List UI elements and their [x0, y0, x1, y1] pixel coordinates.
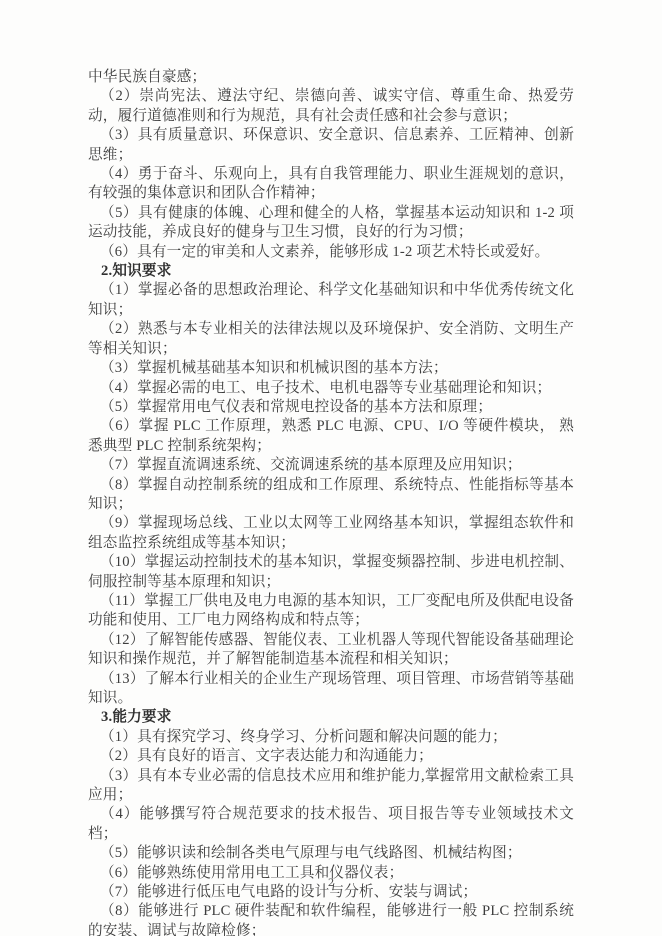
list-item: （4）勇于奋斗、乐观向上，具有自我管理能力、职业生涯规划的意识，有较强的集体意识…: [88, 165, 574, 204]
list-item: （11）掌握工厂供电及电力电源的基本知识，工厂变配电所及供配电设备功能和使用、工…: [88, 592, 574, 631]
page-body-text: 中华民族自豪感； （2）崇尚宪法、遵法守纪、崇德向善、诚实守信、尊重生命、热爱劳…: [88, 68, 574, 936]
list-item: （10）掌握运动控制技术的基本知识，掌握变频器控制、步进电机控制、伺服控制等基本…: [88, 553, 574, 592]
section-heading-knowledge: 2.知识要求: [88, 262, 574, 281]
list-item: （9）掌握现场总线、工业以太网等工业网络基本知识，掌握组态软件和组态监控系统组成…: [88, 514, 574, 553]
list-item: （3）掌握机械基础基本知识和机械识图的基本方法；: [88, 359, 574, 378]
list-item: （6）掌握 PLC 工作原理，熟悉 PLC 电源、CPU、I/O 等硬件模块， …: [88, 417, 574, 456]
list-item: （4）能够撰写符合规范要求的技术报告、项目报告等专业领域技术文档；: [88, 805, 574, 844]
list-item: （5）具有健康的体魄、心理和健全的人格，掌握基本运动知识和 1-2 项运动技能，…: [88, 204, 574, 243]
list-item: （8）能够进行 PLC 硬件装配和软件编程，能够进行一般 PLC 控制系统的安装…: [88, 902, 574, 936]
list-item: （2）具有良好的语言、文字表达能力和沟通能力；: [88, 747, 574, 766]
list-item: （7）掌握直流调速系统、交流调速系统的基本原理及应用知识；: [88, 456, 574, 475]
list-item: （12）了解智能传感器、智能仪表、工业机器人等现代智能设备基础理论知识和操作规范…: [88, 631, 574, 670]
document-page: 中华民族自豪感； （2）崇尚宪法、遵法守纪、崇德向善、诚实守信、尊重生命、热爱劳…: [0, 0, 662, 936]
list-item: （13）了解本行业相关的企业生产现场管理、项目管理、市场营销等基础知识。: [88, 670, 574, 709]
list-item: （6）具有一定的审美和人文素养，能够形成 1-2 项艺术特长或爱好。: [88, 243, 574, 262]
list-item: （2）熟悉与本专业相关的法律法规以及环境保护、安全消防、文明生产等相关知识；: [88, 320, 574, 359]
list-item: （1）具有探究学习、终身学习、分析问题和解决问题的能力；: [88, 728, 574, 747]
page-number: 2: [328, 875, 334, 889]
paragraph-continuation: 中华民族自豪感；: [88, 68, 574, 87]
list-item: （5）能够识读和绘制各类电气原理与电气线路图、机械结构图；: [88, 844, 574, 863]
section-heading-ability: 3.能力要求: [88, 708, 574, 727]
list-item: （2）崇尚宪法、遵法守纪、崇德向善、诚实守信、尊重生命、热爱劳动，履行道德准则和…: [88, 87, 574, 126]
list-item: （4）掌握必需的电工、电子技术、电机电器等专业基础理论和知识；: [88, 379, 574, 398]
list-item: （8）掌握自动控制系统的组成和工作原理、系统特点、性能指标等基本知识；: [88, 476, 574, 515]
list-item: （5）掌握常用电气仪表和常规电控设备的基本方法和原理；: [88, 398, 574, 417]
list-item: （3）具有本专业必需的信息技术应用和维护能力,掌握常用文献检索工具应用；: [88, 767, 574, 806]
list-item: （3）具有质量意识、环保意识、安全意识、信息素养、工匠精神、创新思维；: [88, 126, 574, 165]
list-item: （1）掌握必备的思想政治理论、科学文化基础知识和中华优秀传统文化知识；: [88, 281, 574, 320]
page-footer: 2: [0, 874, 662, 890]
